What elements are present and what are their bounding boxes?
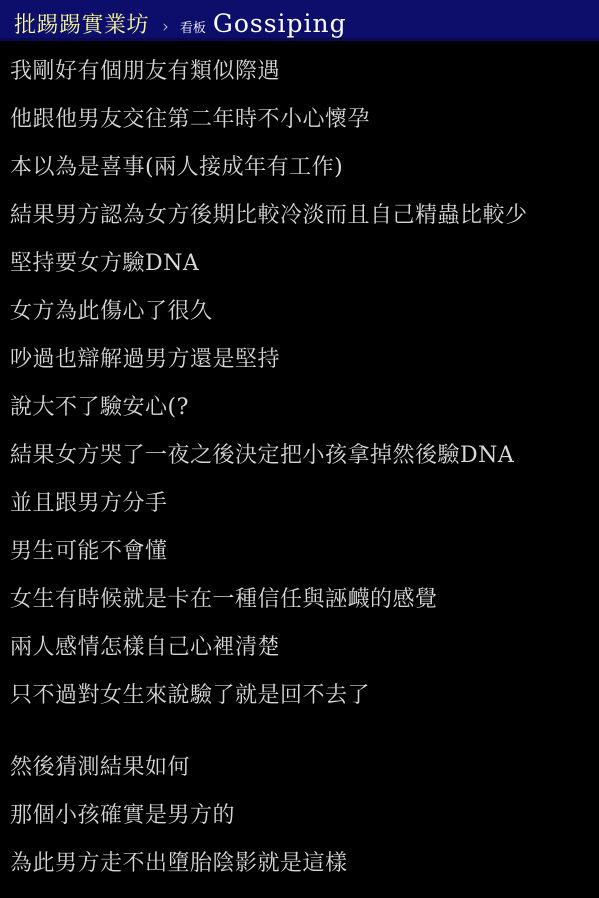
board-label: 看板	[180, 17, 206, 36]
post-line	[10, 516, 591, 540]
post-line: 兩人感情怎樣自己心裡清楚	[10, 636, 591, 660]
post-line: 女方為此傷心了很久	[10, 300, 591, 324]
post-line	[10, 420, 591, 444]
post-line: 並且跟男方分手	[10, 492, 591, 516]
post-line	[10, 828, 591, 852]
post-line	[10, 324, 591, 348]
post-line	[10, 612, 591, 636]
post-line: 女生有時候就是卡在一種信任與誣衊的感覺	[10, 588, 591, 612]
post-line	[10, 132, 591, 156]
post-line: 只不過對女生來說驗了就是回不去了	[10, 684, 591, 708]
post-line	[10, 372, 591, 396]
post-line: 男生可能不會懂	[10, 540, 591, 564]
post-line: 本以為是喜事(兩人接成年有工作)	[10, 156, 591, 180]
site-title-link[interactable]: 批踢踢實業坊	[14, 8, 149, 39]
board-breadcrumb-link[interactable]: 看板 Gossiping	[180, 9, 347, 38]
post-line	[10, 564, 591, 588]
post-line	[10, 732, 591, 756]
breadcrumb-chevron-icon: ›	[162, 17, 169, 37]
post-line	[10, 276, 591, 300]
post-line	[10, 780, 591, 804]
post-line: 結果男方認為女方後期比較冷淡而且自己精蟲比較少	[10, 204, 591, 228]
post-line: 結果女方哭了一夜之後決定把小孩拿掉然後驗DNA	[10, 444, 591, 468]
topbar: 批踢踢實業坊 › 看板 Gossiping	[0, 0, 599, 41]
post-line	[10, 708, 591, 732]
post-line: 為此男方走不出墮胎陰影就是這樣	[10, 852, 591, 876]
post-line: 我剛好有個朋友有類似際遇	[10, 60, 591, 84]
post-line: 吵過也辯解過男方還是堅持	[10, 348, 591, 372]
post-line	[10, 660, 591, 684]
post-line	[10, 180, 591, 204]
board-name: Gossiping	[213, 9, 347, 38]
post-line	[10, 84, 591, 108]
post-content: 我剛好有個朋友有類似際遇 他跟他男友交往第二年時不小心懷孕 本以為是喜事(兩人接…	[0, 41, 599, 876]
post-line: 他跟他男友交往第二年時不小心懷孕	[10, 108, 591, 132]
post-line	[10, 468, 591, 492]
post-line: 說大不了驗安心(?	[10, 396, 591, 420]
post-line: 然後猜測結果如何	[10, 756, 591, 780]
post-line: 那個小孩確實是男方的	[10, 804, 591, 828]
post-line: 堅持要女方驗DNA	[10, 252, 591, 276]
post-line	[10, 228, 591, 252]
page: 批踢踢實業坊 › 看板 Gossiping 我剛好有個朋友有類似際遇 他跟他男友…	[0, 0, 599, 898]
